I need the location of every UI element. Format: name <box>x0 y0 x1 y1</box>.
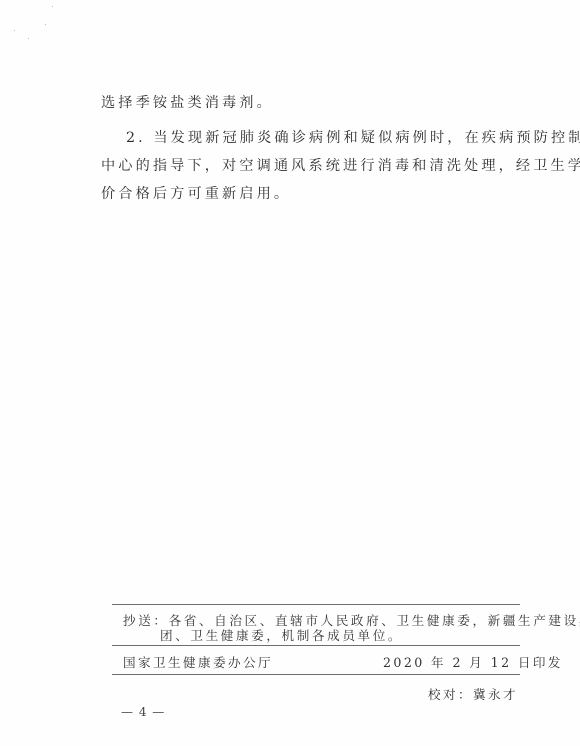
cc-bottom-rule <box>112 645 520 646</box>
cc-recipients-line-2: 团、卫生健康委，机制各成员单位。 <box>160 625 403 644</box>
scan-artifact <box>45 24 46 25</box>
cc-top-rule <box>112 604 520 605</box>
body-text-paragraph-2-line-1: 2. 当发现新冠肺炎确诊病例和疑似病例时，在疾病预防控制 <box>126 127 580 147</box>
document-page: 选择季铵盐类消毒剂。 2. 当发现新冠肺炎确诊病例和疑似病例时，在疾病预防控制 … <box>0 0 580 746</box>
body-text-paragraph-2-line-3: 价合格后方可重新启用。 <box>101 183 291 203</box>
body-text-line: 选择季铵盐类消毒剂。 <box>101 92 274 112</box>
body-text-paragraph-2-line-2: 中心的指导下，对空调通风系统进行消毒和清洗处理，经卫生学评 <box>101 155 580 175</box>
issuing-office: 国家卫生健康委办公厅 <box>123 652 273 671</box>
scan-artifact <box>14 30 15 31</box>
scan-artifact <box>28 38 29 39</box>
scan-artifact <box>52 6 53 7</box>
issue-date: 2020 年 2 月 12 日印发 <box>383 652 563 671</box>
issuer-bottom-rule <box>112 674 520 675</box>
proofreader: 校对：冀永才 <box>428 684 518 703</box>
page-number: — 4 — <box>121 705 165 719</box>
